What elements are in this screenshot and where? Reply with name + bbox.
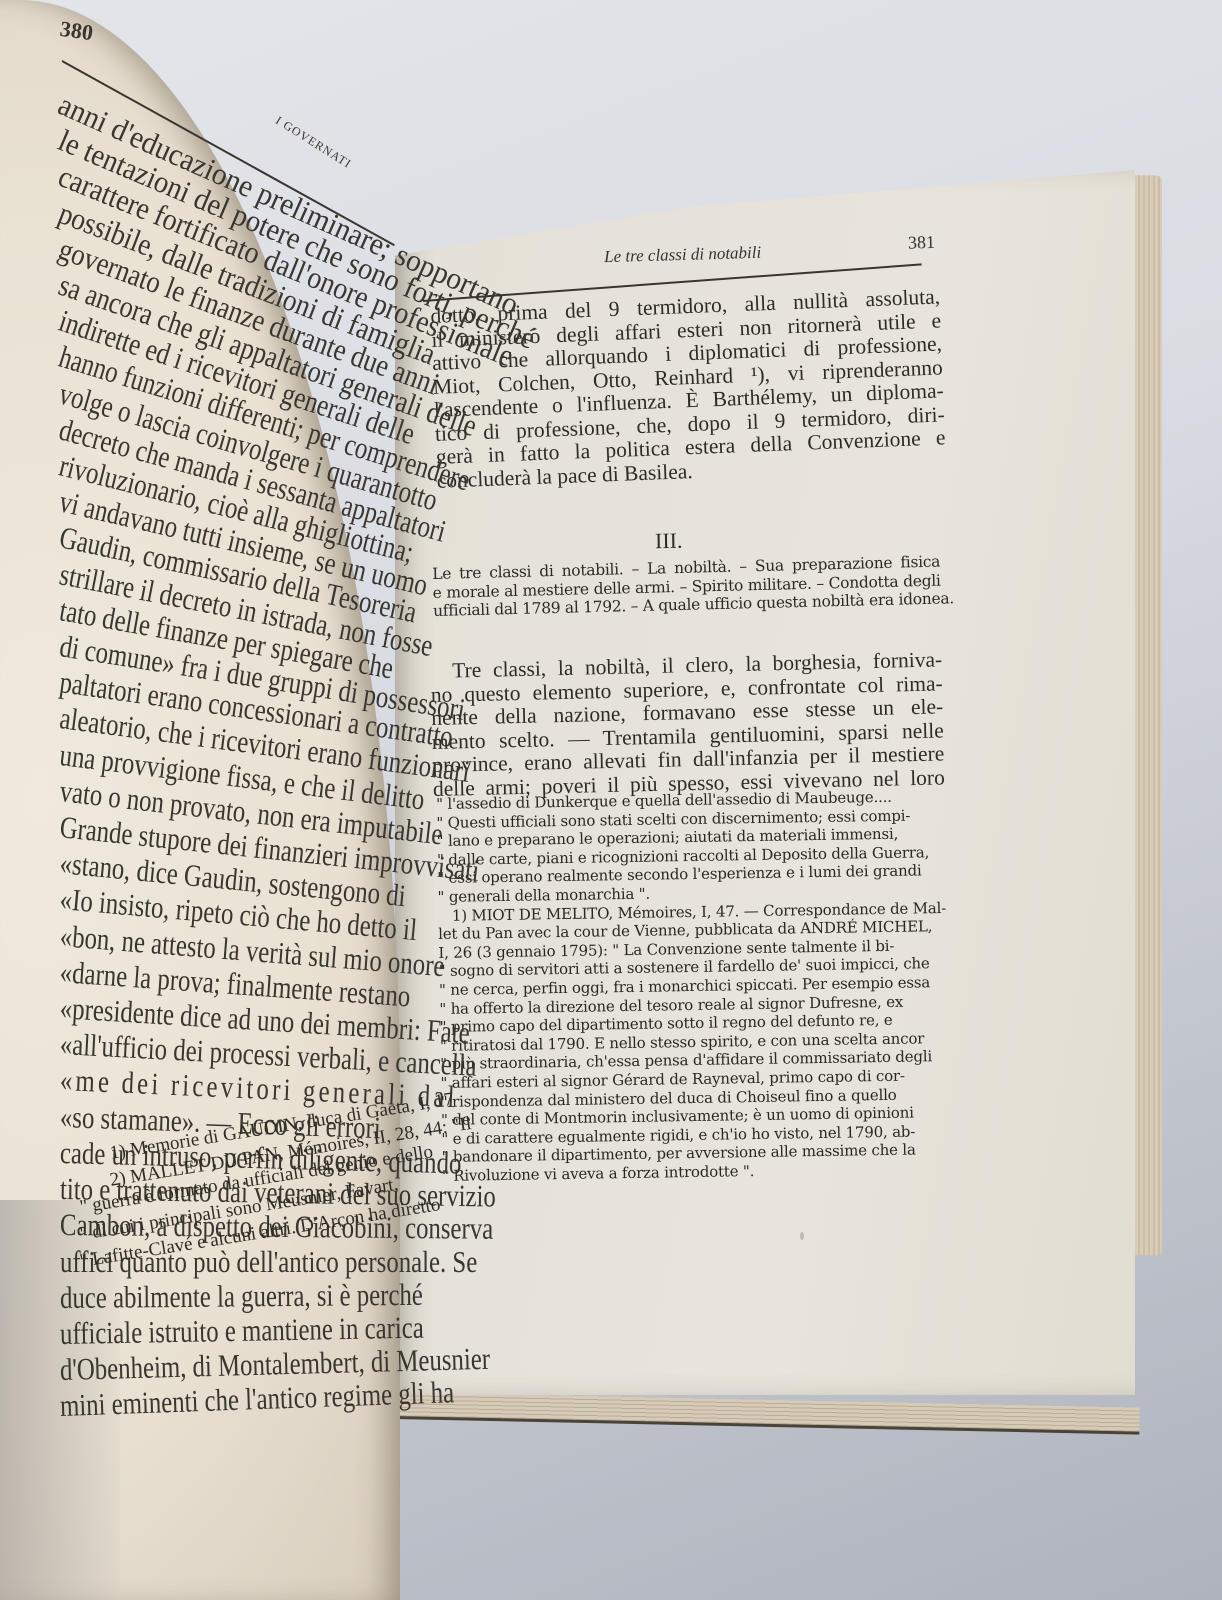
page-number: 380: [58, 16, 94, 46]
paper-stain: [800, 1232, 804, 1240]
left-footnotes: 1) Memorie di GAUDIN, duca di Gaeta, I, …: [110, 1140, 470, 1275]
right-footnotes: " l'assedio di Dunkerque e quella dell'a…: [436, 787, 962, 1186]
page-number: 381: [908, 232, 936, 254]
book-bottom-edge: [394, 1392, 1139, 1435]
body-paragraph: Tre classi, la nobiltà, il clero, la bor…: [430, 648, 945, 801]
chapter-number: III.: [655, 528, 683, 554]
